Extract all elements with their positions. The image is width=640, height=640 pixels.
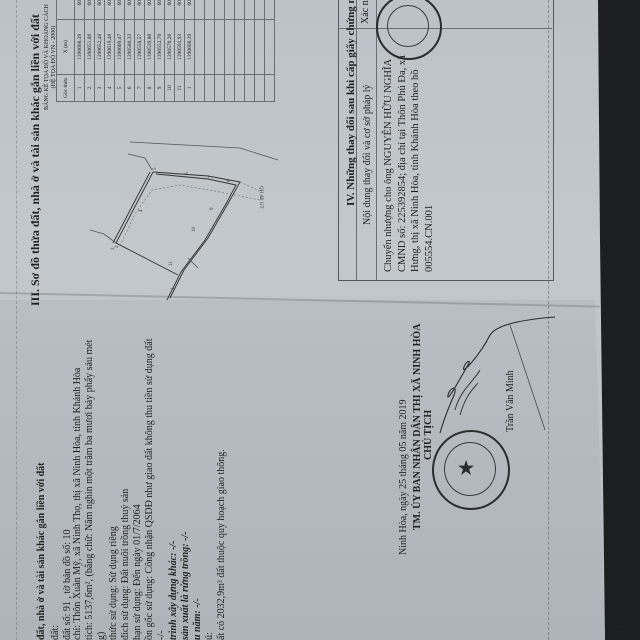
coord-cell: 1390580,33: [125, 19, 135, 74]
info-line: đất:: [50, 625, 61, 640]
info-line: ất có 2032,9m² đất thuộc quy hoạch giao …: [216, 449, 227, 640]
coord-cell: 601609,71: [155, 0, 165, 19]
coord-cell: 11: [175, 74, 185, 101]
coord-cell: 601565,79: [85, 0, 95, 19]
coord-cell: 7: [135, 74, 145, 101]
signature-organization: TM. ỦY BAN NHÂN DÂN THỊ XÃ NINH HÒA: [412, 324, 423, 530]
signature-title: CHỦ TỊCH: [423, 410, 434, 460]
info-line: trình xây dựng khác: -/-: [168, 541, 179, 640]
section-iii-title: III. Sơ đồ thửa đất, nhà ở và tài sản kh…: [28, 14, 43, 306]
stamp-emblem-icon: ★: [458, 458, 474, 479]
coord-cell: 1: [185, 74, 195, 101]
coord-row: 41390619,40601618,8419,: [105, 0, 115, 102]
coord-row: 111390593,93601566,9827,: [175, 0, 185, 102]
section-iv-column-divider: [376, 0, 377, 280]
info-line: chỉ: Thôn Xuân Mỹ, xã Ninh Thọ, thị xã N…: [72, 368, 83, 640]
coord-row: 91390552,70601609,7124,: [155, 0, 165, 102]
official-stamp-bottom: ★: [432, 430, 510, 510]
coord-cell: 1390608,39: [75, 19, 85, 74]
coord-row: 21390651,86601565,7912,: [85, 0, 95, 102]
coord-row: 51390609,47601635,7029,: [115, 0, 125, 102]
coord-cell: 4: [105, 74, 115, 101]
info-line: u năm: -/-: [192, 598, 203, 640]
coord-cell: 601635,70: [115, 0, 125, 19]
coord-cell: 6: [125, 74, 135, 101]
section-iv-row-divider: [338, 28, 552, 29]
signature-scribble: [420, 315, 560, 435]
coord-cell: 3: [95, 74, 105, 101]
coord-cell: 1390539,80: [145, 19, 155, 74]
point-label-5: 5: [153, 167, 158, 170]
coordinate-table: Góc thửaX (m)Y (m)Dài (m) 11390608,39601…: [56, 0, 275, 102]
info-line: g): [96, 632, 107, 640]
section-iv-content-header: Nội dung thay đổi và cơ sở pháp lý: [362, 84, 373, 225]
coord-cell: 601630,76: [135, 0, 145, 19]
point-label-11: 11: [169, 261, 174, 266]
coord-cell: 10: [165, 74, 175, 101]
coord-cell: 1390558,57: [135, 19, 145, 74]
coord-cell: 1390552,70: [155, 19, 165, 74]
coord-cell: 601632,83: [125, 0, 135, 19]
change-line-4: 005554.CN.001: [423, 55, 437, 272]
coord-row: 81390539,80601626,4521,: [145, 0, 155, 102]
coord-row: 11390608,39601543,89: [185, 0, 195, 102]
gcn-number: số cấp GCN: CH: 00429: [612, 543, 622, 640]
coord-header-1: X (m): [57, 19, 75, 74]
coord-cell: 9: [155, 74, 165, 101]
dotted-border-left: [16, 0, 17, 640]
coord-row: 11390608,39601543,8948,6: [75, 0, 85, 102]
info-line: -/-: [156, 631, 167, 640]
change-line-3: Hưng, thị xã Ninh Hòa, tỉnh Khánh Hòa th…: [409, 55, 423, 272]
coord-cell: 601543,89: [185, 0, 195, 19]
section-ii-title: đất, nhà ở và tài sản khác gắn liền với …: [36, 463, 47, 640]
section-iv-title: IV. Những thay đổi sau khi cấp giấy chứn…: [345, 0, 357, 206]
coord-cell: 601543,89: [75, 0, 85, 19]
coord-cell: 601566,98: [175, 0, 185, 19]
point-label-10: 10: [192, 227, 197, 233]
coord-cell: 601568,67: [95, 0, 105, 19]
info-line: sản xuất là rừng trồng: -/-: [180, 531, 191, 640]
info-line: tích: 5137,6m², (bằng chữ: Năm nghìn một…: [84, 340, 95, 640]
caption-line-1: BẢNG KÊ TỌA ĐỘ VÀ KHOẢNG CÁCH: [44, 4, 51, 110]
coord-header-2: Y (m): [57, 0, 75, 19]
info-line: hạn sử dụng: Đến ngày 01/7/2064: [132, 504, 143, 640]
info-line: ồn gốc sử dụng: Công nhận QSDĐ như giao …: [144, 338, 155, 640]
coord-cell: 1390619,40: [105, 19, 115, 74]
point-label-4: 4: [139, 209, 144, 212]
coord-cell: 8: [145, 74, 155, 101]
section-iv-content: Chuyển nhượng cho ông NGUYỄN HỮU NGHĨA C…: [382, 55, 436, 272]
coord-cell: 2: [85, 74, 95, 101]
coord-cell: 1390608,39: [185, 19, 195, 74]
info-line: ú:: [204, 632, 215, 640]
signer-name: Trần Văn Minh: [505, 370, 516, 432]
coord-cell: 1390652,48: [95, 19, 105, 74]
coord-row: 101390570,26601593,0926,: [165, 0, 175, 102]
point-label-7: 7: [209, 175, 214, 178]
parcel-diagram: 1 2 3 4 5 6 7 8 9 10 11 QH đất GT: [90, 130, 290, 300]
info-line: đích sử dụng: Đất nuôi trồng thuỷ sản: [120, 489, 131, 640]
point-label-9: 9: [210, 207, 215, 210]
signature-date: Ninh Hòa, ngày 25 tháng 05 năm 2019: [398, 399, 409, 555]
change-line-2: CMND số: 225392854; địa chỉ tại Thôn Phú…: [396, 55, 410, 272]
coord-row: 31390652,48601568,6760,: [95, 0, 105, 102]
point-label-6: 6: [185, 172, 190, 175]
coord-cell: 5: [115, 74, 125, 101]
road-label: QH đất GT: [258, 186, 263, 209]
coord-cell: 601593,09: [165, 0, 175, 19]
coord-cell: 1390651,86: [85, 19, 95, 74]
section-iv-confirm-header: Xác n cơ: [360, 0, 372, 24]
coord-cell: 601618,84: [105, 0, 115, 19]
coord-row: 61390580,33601632,8321,: [125, 0, 135, 102]
coord-cell: 1390609,47: [115, 19, 125, 74]
coord-cell: 1390570,26: [165, 19, 175, 74]
coord-header-0: Góc thửa: [57, 74, 75, 101]
change-line-1: Chuyển nhượng cho ông NGUYỄN HỮU NGHĨA: [382, 55, 396, 272]
coord-cell: 1: [75, 74, 85, 101]
coord-row: 71390558,57601630,7619,: [135, 0, 145, 102]
coord-cell: 1390593,93: [175, 19, 185, 74]
coord-cell: 601626,45: [145, 0, 155, 19]
info-line: thức sử dụng: Sử dụng riêng: [108, 526, 119, 640]
